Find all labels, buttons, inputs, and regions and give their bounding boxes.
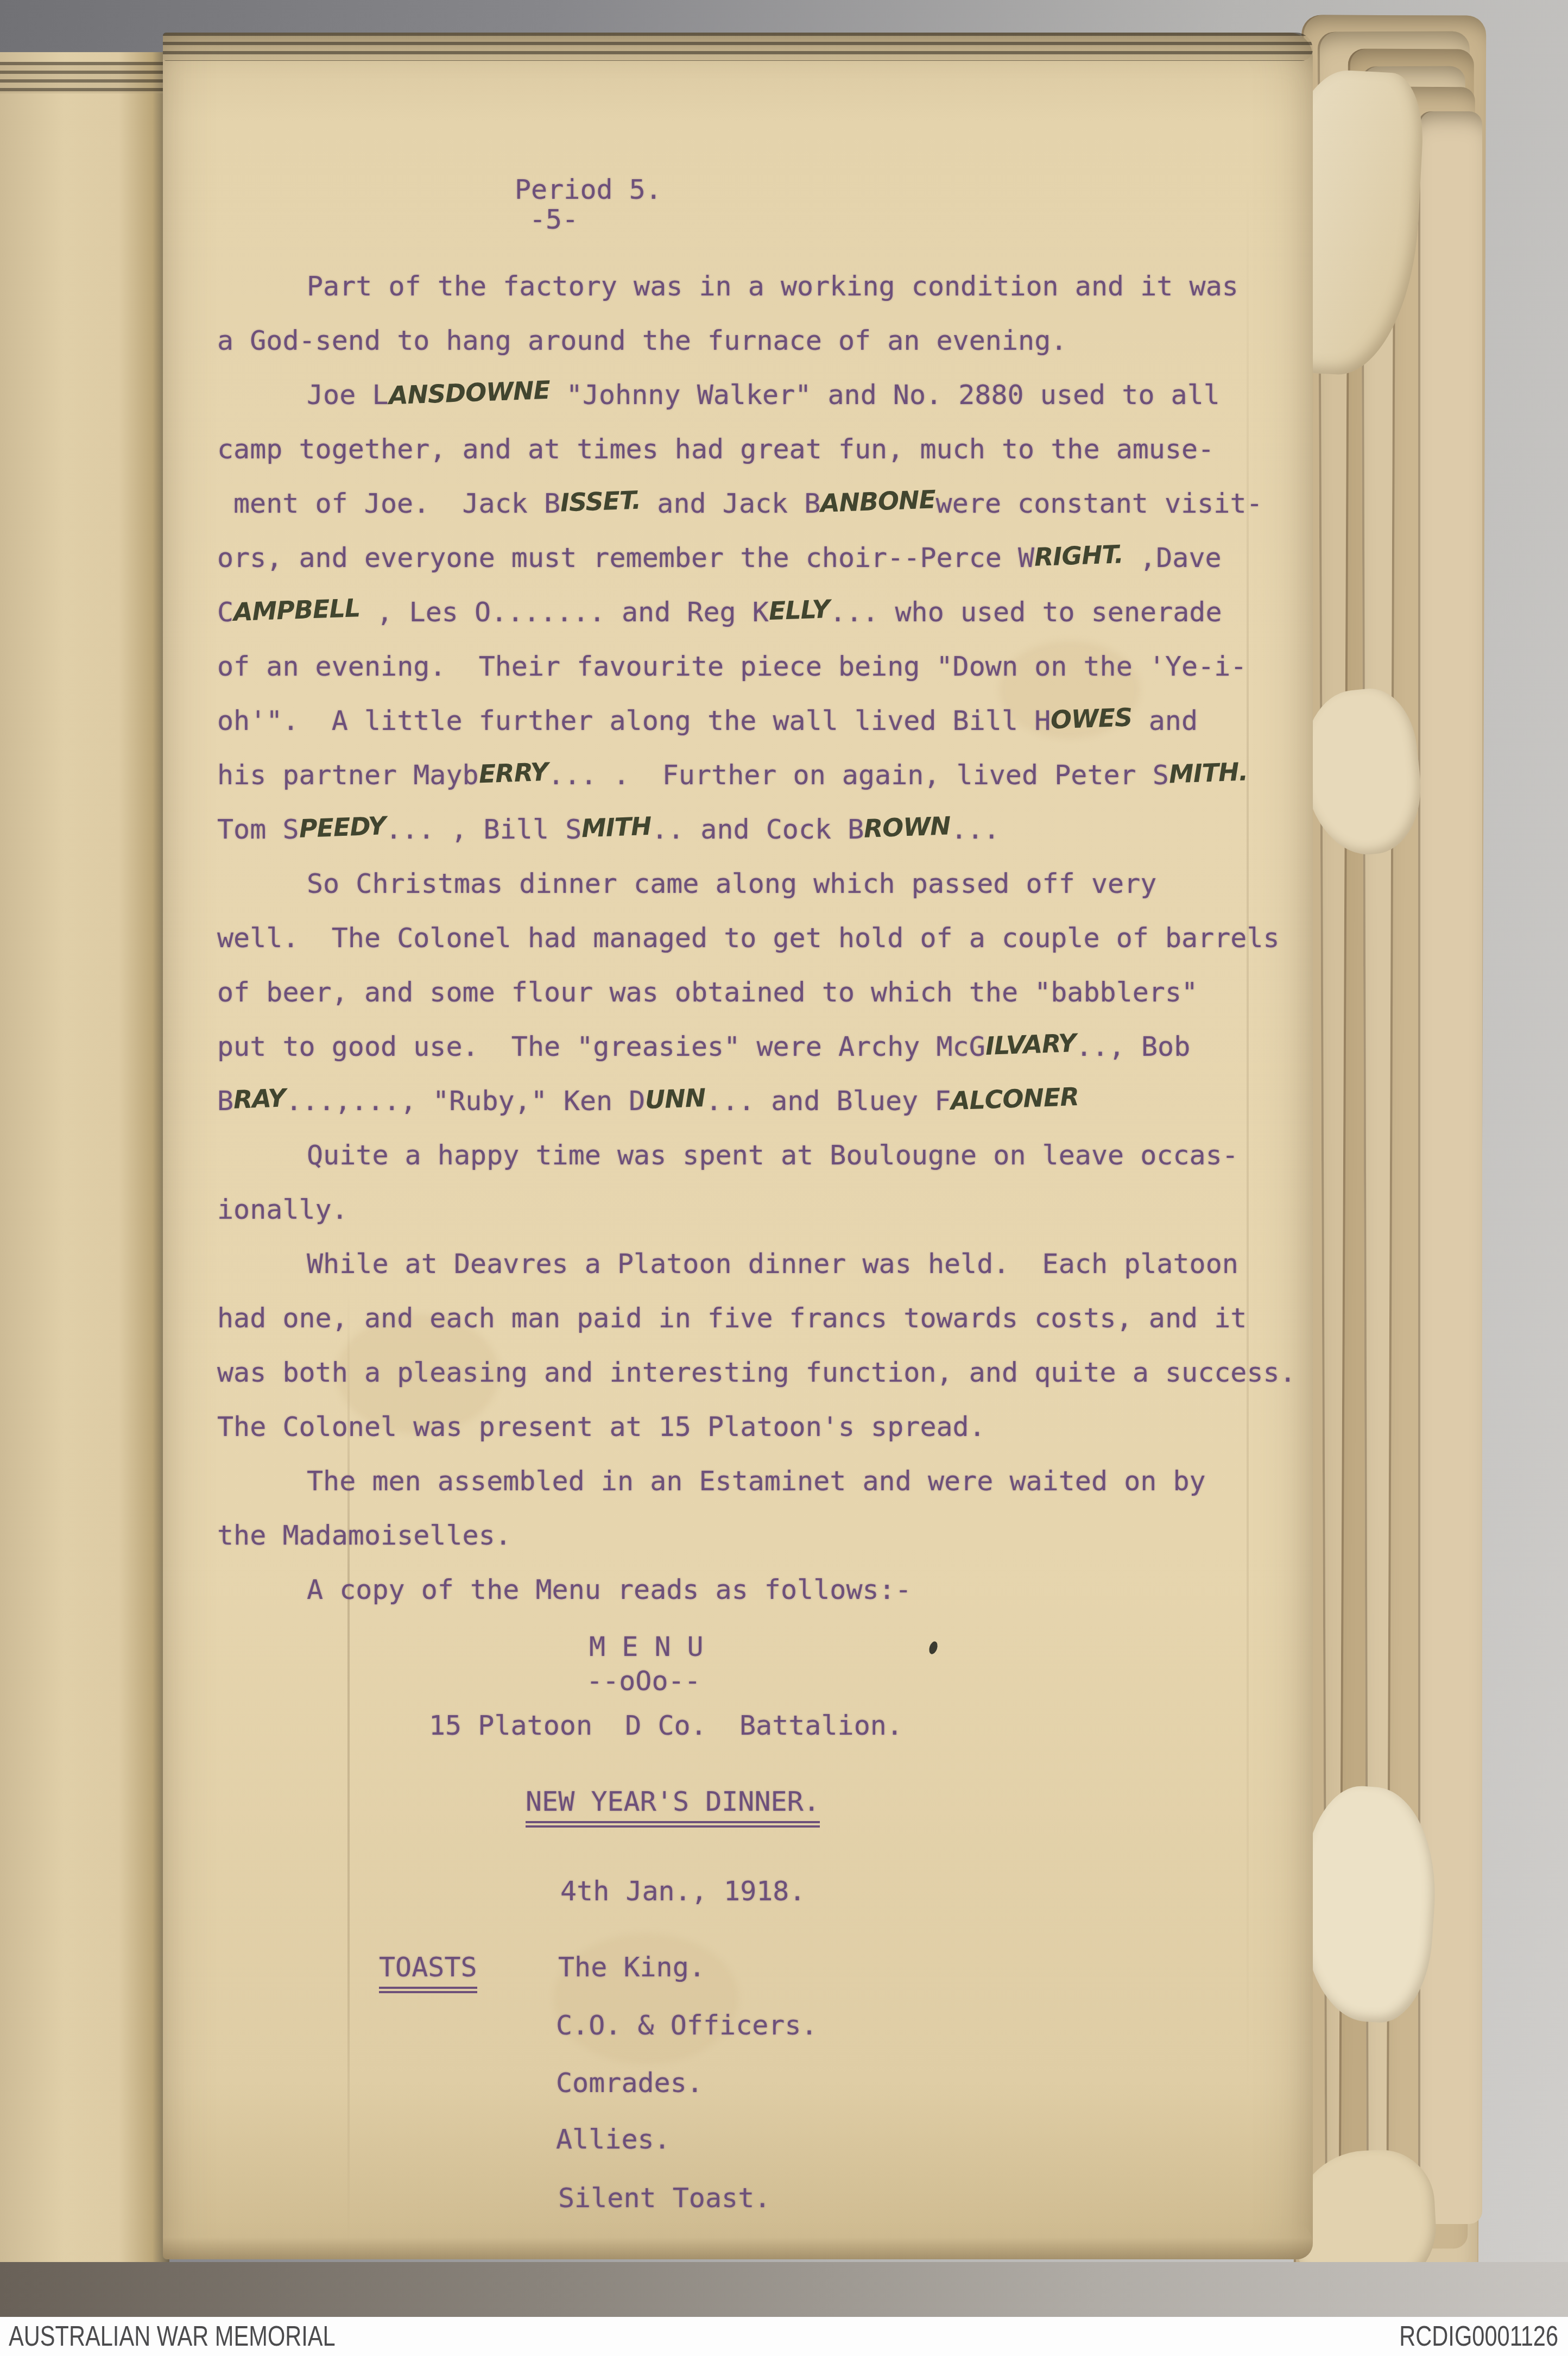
handwritten-correction: OWES [1050, 704, 1133, 734]
typed-line: of an evening. Their favourite piece bei… [217, 652, 1247, 681]
archive-institution-label: AUSTRALIAN WAR MEMORIAL [9, 2320, 336, 2353]
typed-line: NEW YEAR'S DINNER. [526, 1787, 820, 1828]
typed-line: --oOo-- [586, 1666, 701, 1696]
typed-line: put to good use. The "greasies" were Arc… [217, 1032, 1190, 1061]
typed-line: his partner MaybERRY... . Further on aga… [217, 760, 1248, 790]
typed-text: --oOo-- [586, 1666, 701, 1696]
handwritten-correction: MITH. [1168, 758, 1248, 788]
typed-text: M E N U [589, 1632, 704, 1661]
typed-line: The King. [558, 1952, 705, 1982]
handwritten-correction: PEEDY [299, 812, 386, 842]
typed-line: Tom SPEEDY... , Bill SMITH.. and Cock BR… [217, 815, 1000, 844]
typed-text: C.O. & Officers. [556, 2011, 818, 2040]
typed-text: well. The Colonel had managed to get hol… [217, 923, 1280, 953]
typed-line: M E N U [589, 1632, 704, 1661]
typed-text: .. and Cock B [652, 815, 864, 844]
typed-text: Joe L [307, 380, 389, 410]
typed-line: So Christmas dinner came along which pas… [307, 869, 1156, 898]
typed-text: Period 5. [515, 175, 662, 204]
typed-line: The men assembled in an Estaminet and we… [307, 1466, 1206, 1496]
handwritten-correction: ERRY [478, 759, 548, 788]
typed-text: oh'". A little further along the wall li… [217, 706, 1051, 735]
typed-line: the Madamoiselles. [217, 1521, 511, 1550]
typed-line: Quite a happy time was spent at Boulougn… [307, 1141, 1238, 1170]
typed-line: had one, and each man paid in five franc… [217, 1303, 1247, 1333]
handwritten-correction: ANBONE [820, 486, 936, 517]
handwritten-correction: RAY [233, 1085, 286, 1113]
typed-line: ionally. [217, 1195, 348, 1224]
typed-text: ,Dave [1123, 543, 1222, 572]
typed-text: A copy of the Menu reads as follows:- [307, 1575, 912, 1604]
typed-line: Part of the factory was in a working con… [307, 272, 1238, 301]
typed-text: a God-send to hang around the furnace of… [217, 326, 1067, 355]
typed-text: ... . Further on again, lived Peter S [548, 760, 1169, 790]
typed-text: TOASTS [379, 1952, 477, 1993]
scanned-document-view: Period 5.-5-Part of the factory was in a… [0, 0, 1568, 2356]
typed-text: ors, and everyone must remember the choi… [217, 543, 1034, 572]
typed-text: and [1133, 706, 1198, 735]
typed-line: While at Deavres a Platoon dinner was he… [307, 1249, 1238, 1278]
typed-text: his partner Mayb [217, 760, 479, 790]
typed-text: Quite a happy time was spent at Boulougn… [307, 1141, 1238, 1170]
handwritten-correction: ILVARY [985, 1030, 1076, 1060]
typed-text: , Les O....... and Reg K [360, 597, 769, 627]
typed-line: Allies. [556, 2125, 671, 2154]
typed-text: ...,..., "Ruby," Ken D [286, 1086, 645, 1116]
typed-text: of an evening. Their favourite piece bei… [217, 652, 1247, 681]
typed-text: The Colonel was present at 15 Platoon's … [217, 1412, 985, 1441]
typed-line: C.O. & Officers. [556, 2011, 818, 2040]
typed-line: Comrades. [556, 2068, 703, 2097]
typed-line: -5- [529, 205, 578, 234]
typed-text: Part of the factory was in a working con… [307, 272, 1238, 301]
typed-text: of beer, and some flour was obtained to … [217, 978, 1198, 1007]
typed-line: 15 Platoon D Co. Battalion. [429, 1711, 903, 1740]
typed-text: ionally. [217, 1195, 348, 1224]
typed-text: 15 Platoon D Co. Battalion. [429, 1711, 903, 1740]
handwritten-correction: UNN [644, 1085, 706, 1114]
typed-text: ... and Bluey F [706, 1086, 951, 1116]
typed-text: were constant visit- [936, 489, 1263, 518]
handwritten-correction: ANSDOWNE [388, 377, 551, 410]
typed-text: ment of Joe. Jack B [233, 489, 560, 518]
typed-text: ... , Bill S [385, 815, 581, 844]
typed-line: of beer, and some flour was obtained to … [217, 978, 1198, 1007]
typed-text: NEW YEAR'S DINNER. [526, 1787, 820, 1828]
typed-line: was both a pleasing and interesting func… [217, 1358, 1296, 1387]
handwritten-correction: AMPBELL [233, 595, 361, 626]
typed-line: Joe LANSDOWNE "Johnny Walker" and No. 28… [307, 380, 1220, 410]
handwritten-correction: ROWN [863, 812, 951, 842]
handwritten-correction: ALCONER [950, 1083, 1079, 1115]
typed-line: ors, and everyone must remember the choi… [217, 543, 1222, 572]
typed-text: ... who used to senerade [830, 597, 1222, 627]
archive-footer-bar: AUSTRALIAN WAR MEMORIAL RCDIG0001126 [0, 2317, 1568, 2356]
typed-text: 4th Jan., 1918. [560, 1876, 806, 1906]
typed-text: Tom S [217, 815, 299, 844]
typed-text: The men assembled in an Estaminet and we… [307, 1466, 1206, 1496]
typed-line: A copy of the Menu reads as follows:- [307, 1575, 912, 1604]
typed-line: a God-send to hang around the furnace of… [217, 326, 1067, 355]
typed-line: Silent Toast. [558, 2183, 770, 2213]
typed-line: well. The Colonel had managed to get hol… [217, 923, 1280, 953]
typed-line: Period 5. [515, 175, 662, 204]
typed-line: oh'". A little further along the wall li… [217, 706, 1198, 735]
typed-line: TOASTS [379, 1952, 477, 1993]
typed-text-layer: Period 5.-5-Part of the factory was in a… [0, 0, 1568, 2356]
archive-id-label: RCDIG0001126 [1399, 2320, 1558, 2353]
typed-line: camp together, and at times had great fu… [217, 434, 1214, 464]
scan-shadow-band [0, 2262, 1568, 2317]
typed-text: So Christmas dinner came along which pas… [307, 869, 1156, 898]
typed-line: ment of Joe. Jack BISSET. and Jack BANBO… [233, 489, 1263, 518]
handwritten-correction: ISSET. [560, 487, 641, 516]
typed-text: camp together, and at times had great fu… [217, 434, 1214, 464]
handwritten-correction: RIGHT. [1034, 541, 1123, 571]
typed-text: "Johnny Walker" and No. 2880 used to all [550, 380, 1220, 410]
typed-line: 4th Jan., 1918. [560, 1876, 806, 1906]
typed-text: Silent Toast. [558, 2183, 770, 2213]
typed-text: Allies. [556, 2125, 671, 2154]
typed-text: Comrades. [556, 2068, 703, 2097]
handwritten-correction: ELLY [768, 596, 830, 625]
typed-text: C [217, 597, 233, 627]
typed-text: The King. [558, 1952, 705, 1982]
typed-text: While at Deavres a Platoon dinner was he… [307, 1249, 1238, 1278]
typed-text: .., Bob [1076, 1032, 1191, 1061]
typed-text: had one, and each man paid in five franc… [217, 1303, 1247, 1333]
typed-text: the Madamoiselles. [217, 1521, 511, 1550]
typed-text: was both a pleasing and interesting func… [217, 1358, 1296, 1387]
typed-text: put to good use. The "greasies" were Arc… [217, 1032, 985, 1061]
typed-text: -5- [529, 205, 578, 234]
typed-line: The Colonel was present at 15 Platoon's … [217, 1412, 985, 1441]
typed-line: BRAY...,..., "Ruby," Ken DUNN... and Blu… [217, 1086, 1079, 1116]
typed-text: B [217, 1086, 233, 1116]
typed-text: ... [951, 815, 1000, 844]
handwritten-correction: MITH [581, 813, 652, 842]
typed-line: CAMPBELL , Les O....... and Reg KELLY...… [217, 597, 1222, 627]
typed-text: and Jack B [641, 489, 820, 518]
